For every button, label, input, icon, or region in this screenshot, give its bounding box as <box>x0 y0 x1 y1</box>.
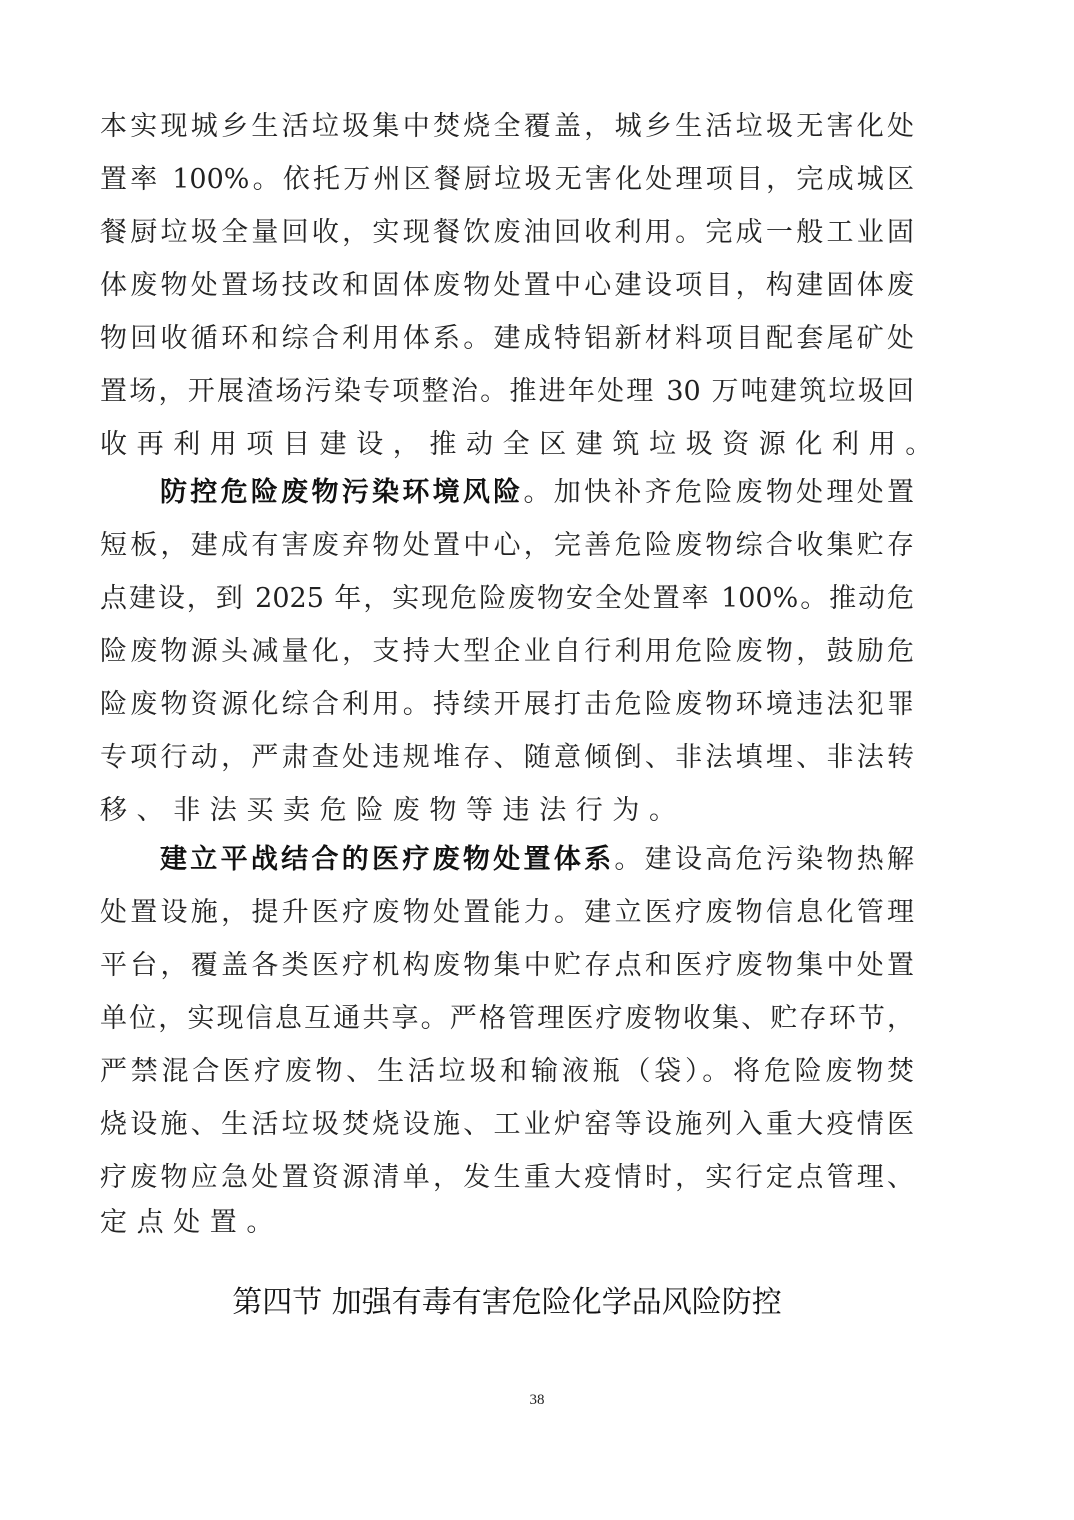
paragraph-1-line-4: 体废物处置场技改和固体废物处置中心建设项目，构建固体废 <box>100 266 914 306</box>
paragraph-3-line-2: 处置设施，提升医疗废物处置能力。建立医疗废物信息化管理 <box>100 893 914 933</box>
paragraph-3-lead-heading: 建立平战结合的医疗废物处置体系 <box>160 844 614 875</box>
paragraph-1-line-7: 收再利用项目建设，推动全区建筑垃圾资源化利用。 <box>100 425 914 465</box>
paragraph-2-lead-heading: 防控危险废物污染环境风险 <box>160 477 524 508</box>
paragraph-2-line-1-rest: 。加快补齐危险废物处理处置 <box>524 477 915 508</box>
section-heading: 第四节 加强有毒有害危险化学品风险防控 <box>0 1283 1014 1323</box>
page-number: 38 <box>0 1392 1074 1409</box>
paragraph-1-line-5: 物回收循环和综合利用体系。建成特铝新材料项目配套尾矿处 <box>100 319 914 359</box>
paragraph-2-line-7: 移、非法买卖危险废物等违法行为。 <box>100 791 914 831</box>
paragraph-1-line-6: 置场，开展渣场污染专项整治。推进年处理 30 万吨建筑垃圾回 <box>100 372 914 412</box>
paragraph-2-line-1: 防控危险废物污染环境风险。加快补齐危险废物处理处置 <box>100 473 914 513</box>
paragraph-1-line-3: 餐厨垃圾全量回收，实现餐饮废油回收利用。完成一般工业固 <box>100 213 914 253</box>
paragraph-3-line-7: 疗废物应急处置资源清单，发生重大疫情时，实行定点管理、 <box>100 1158 914 1198</box>
paragraph-1-line-2: 置率 100%。依托万州区餐厨垃圾无害化处理项目，完成城区 <box>100 160 914 200</box>
paragraph-1-line-1: 本实现城乡生活垃圾集中焚烧全覆盖，城乡生活垃圾无害化处 <box>100 107 914 147</box>
document-page: 本实现城乡生活垃圾集中焚烧全覆盖，城乡生活垃圾无害化处 置率 100%。依托万州… <box>0 0 1074 1520</box>
paragraph-3-line-3: 平台，覆盖各类医疗机构废物集中贮存点和医疗废物集中处置 <box>100 946 914 986</box>
paragraph-3-line-4: 单位，实现信息互通共享。严格管理医疗废物收集、贮存环节， <box>100 999 914 1039</box>
paragraph-2-line-3: 点建设，到 2025 年，实现危险废物安全处置率 100%。推动危 <box>100 579 914 619</box>
paragraph-3-line-8: 定点处置。 <box>100 1203 914 1243</box>
paragraph-3-line-5: 严禁混合医疗废物、生活垃圾和输液瓶（袋）。将危险废物焚 <box>100 1052 914 1092</box>
paragraph-2-line-4: 险废物源头减量化，支持大型企业自行利用危险废物，鼓励危 <box>100 632 914 672</box>
paragraph-3-line-1: 建立平战结合的医疗废物处置体系。建设高危污染物热解 <box>100 840 914 880</box>
paragraph-3-line-6: 烧设施、生活垃圾焚烧设施、工业炉窑等设施列入重大疫情医 <box>100 1105 914 1145</box>
paragraph-2-line-2: 短板，建成有害废弃物处置中心，完善危险废物综合收集贮存 <box>100 526 914 566</box>
paragraph-2-line-6: 专项行动，严肃查处违规堆存、随意倾倒、非法填埋、非法转 <box>100 738 914 778</box>
paragraph-3-line-1-rest: 。建设高危污染物热解 <box>614 844 914 875</box>
paragraph-2-line-5: 险废物资源化综合利用。持续开展打击危险废物环境违法犯罪 <box>100 685 914 725</box>
